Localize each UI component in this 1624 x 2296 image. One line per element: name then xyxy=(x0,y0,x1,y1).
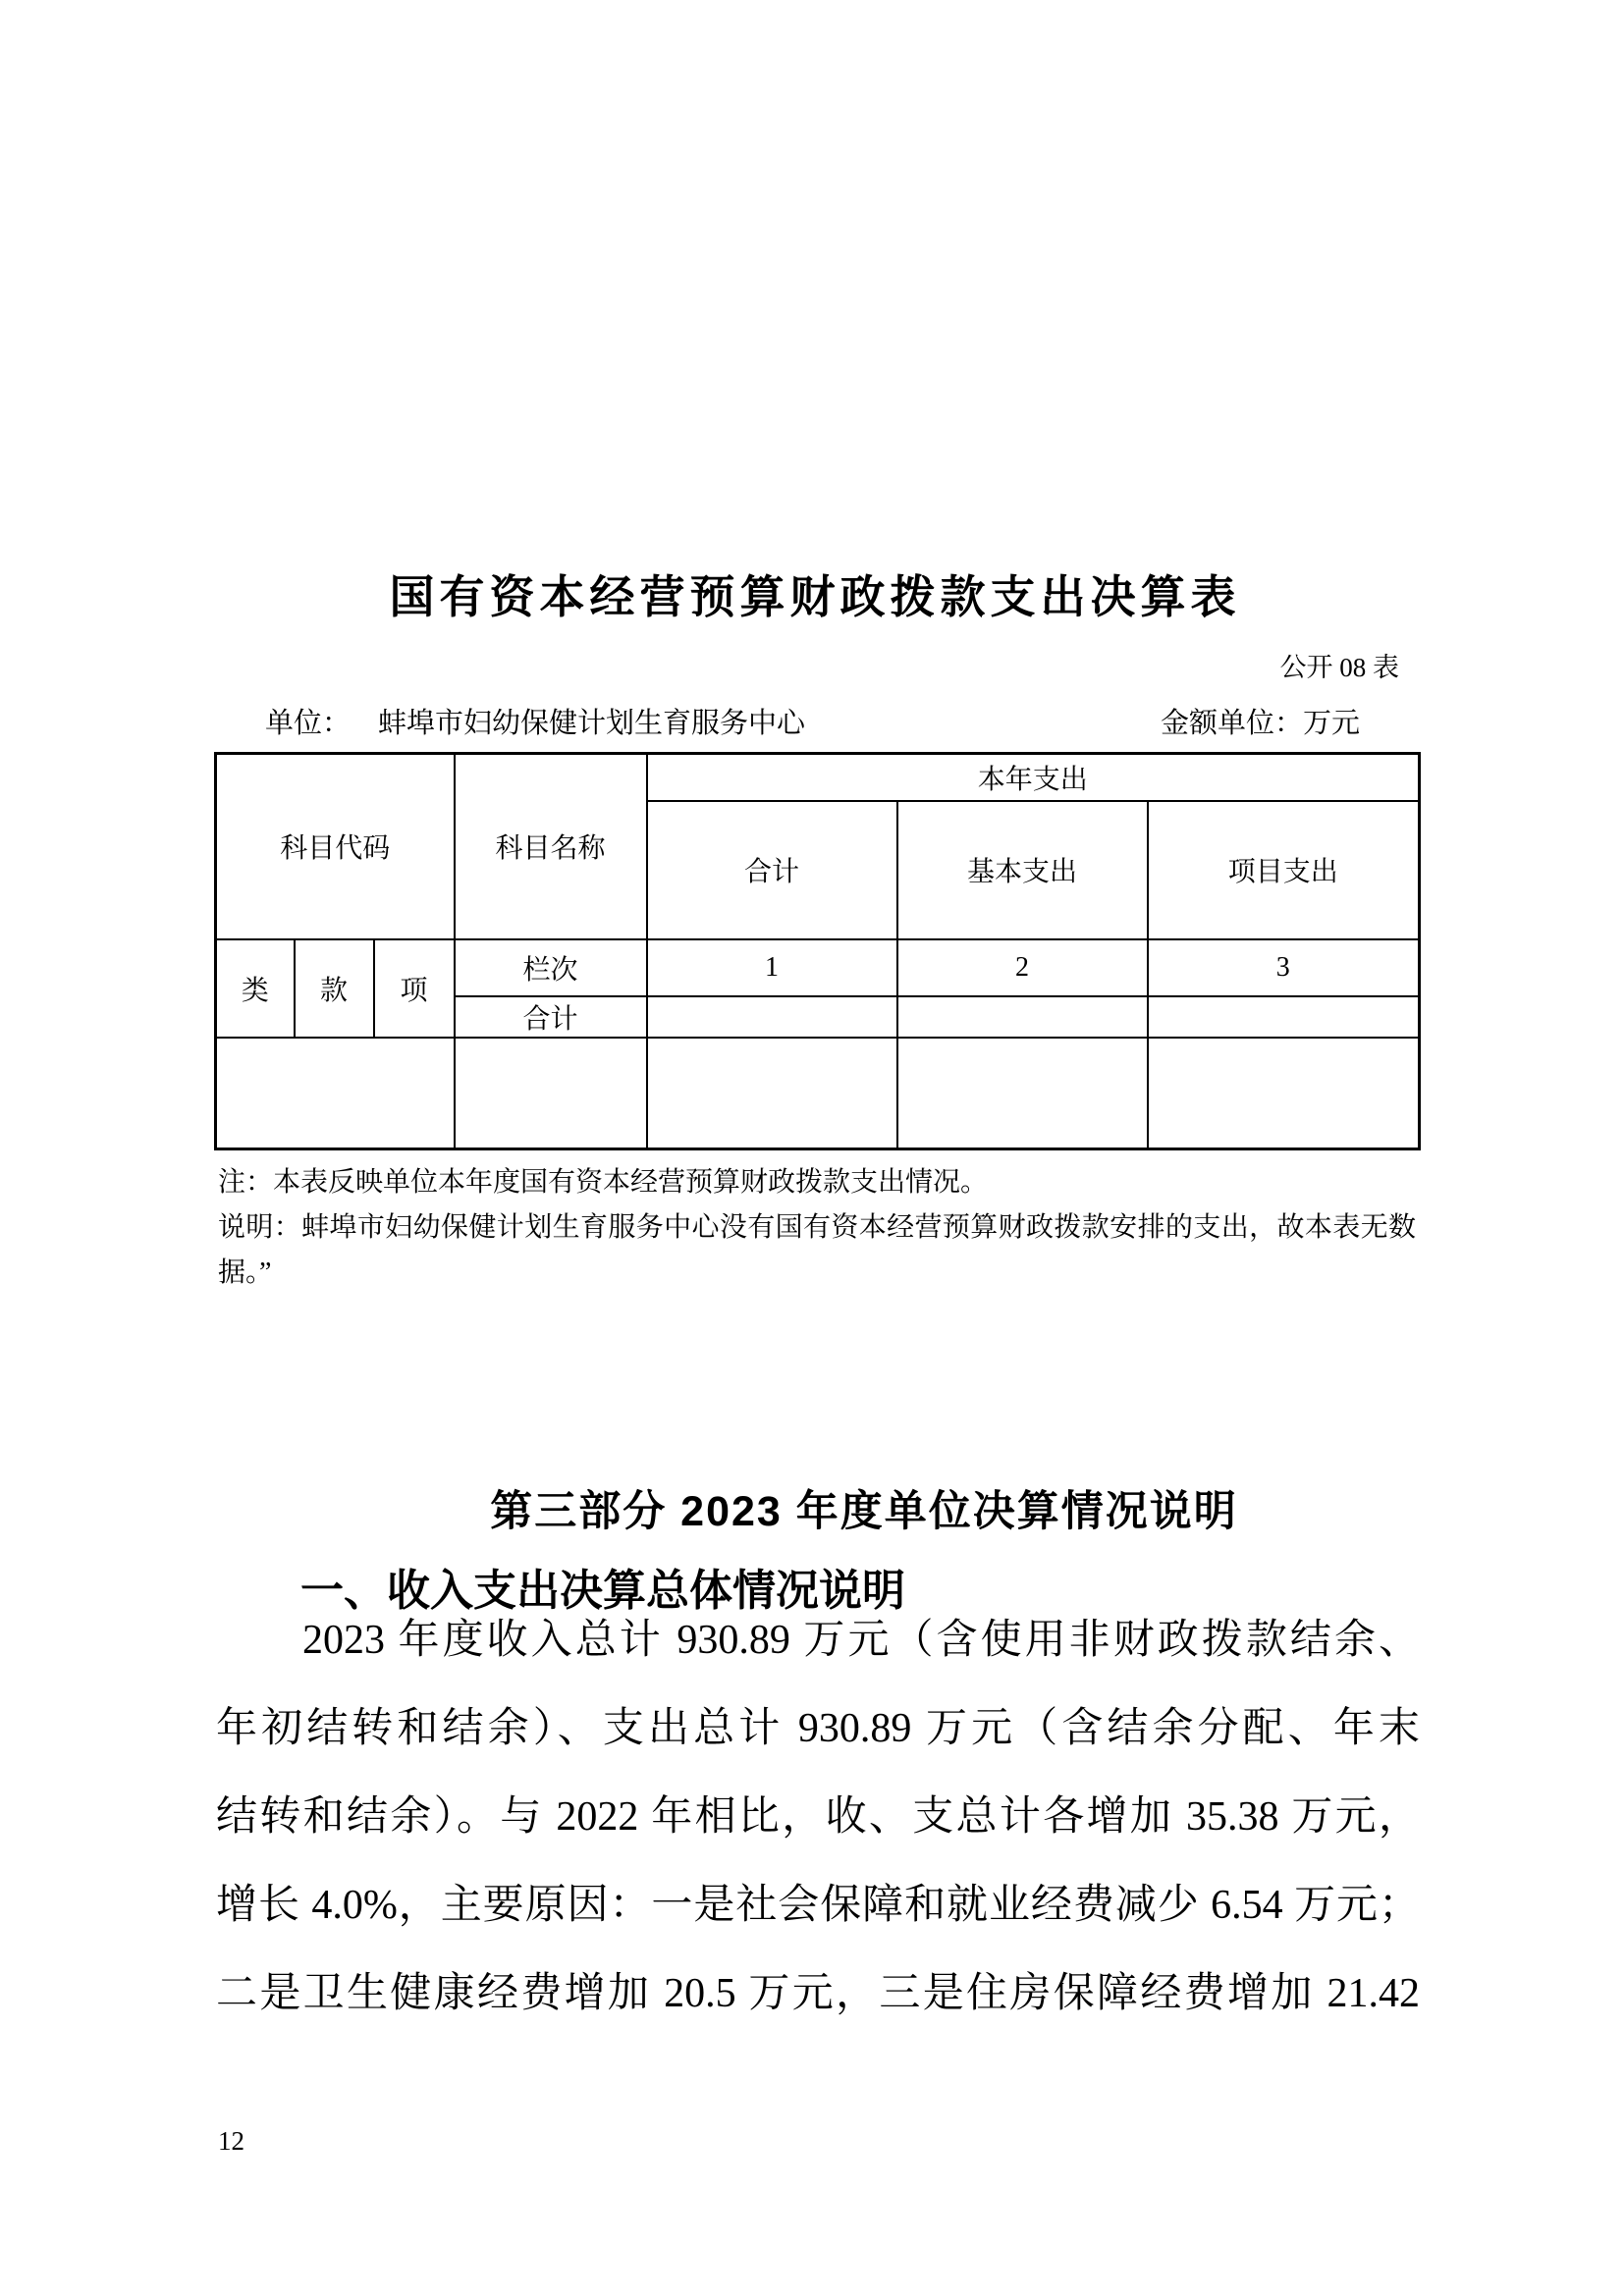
paragraph-line: 结转和结余）。与 2022 年相比，收、支总计各增加 35.38 万元， xyxy=(216,1794,1420,1840)
cell-total-label: 合计 xyxy=(455,996,647,1038)
table-explanation-line-2: 据。” xyxy=(218,1251,1416,1290)
section-heading: 第三部分 2023 年度单位决算情况说明 xyxy=(214,1478,1416,1538)
table-explanation-line-1: 说明：蚌埠市妇幼保健计划生育服务中心没有国有资本经营预算财政拨款安排的支出，故本… xyxy=(218,1205,1416,1245)
cell-col-1: 1 xyxy=(647,939,897,996)
subsection-heading: 一、收入支出决算总体情况说明 xyxy=(300,1555,905,1618)
unit-label: 单位： xyxy=(265,708,351,739)
cell-item: 款 xyxy=(295,939,374,1038)
header-basic-expenditure: 基本支出 xyxy=(897,801,1148,939)
data-cell-empty xyxy=(897,996,1148,1038)
unit-row: 单位：蚌埠市妇幼保健计划生育服务中心 金额单位：万元 xyxy=(265,701,1360,741)
amount-unit-label: 金额单位：万元 xyxy=(1161,701,1360,741)
page-number: 12 xyxy=(218,2126,244,2157)
data-cell-empty xyxy=(1148,1038,1420,1149)
data-cell-empty xyxy=(216,1038,455,1149)
data-cell-empty xyxy=(1148,996,1420,1038)
table-row: 类 款 项 栏次 1 2 3 xyxy=(216,939,1420,996)
unit-name: 蚌埠市妇幼保健计划生育服务中心 xyxy=(378,708,805,739)
paragraph-line: 二是卫生健康经费增加 20.5 万元，三是住房保障经费增加 21.42 xyxy=(216,1971,1420,2016)
table-row xyxy=(216,1038,1420,1149)
header-project-expenditure: 项目支出 xyxy=(1148,801,1420,939)
document-title: 国有资本经营预算财政拨款支出决算表 xyxy=(214,561,1416,626)
data-cell-empty xyxy=(897,1038,1148,1149)
data-cell-empty xyxy=(647,1038,897,1149)
data-cell-empty xyxy=(647,996,897,1038)
header-subject-name: 科目名称 xyxy=(455,754,647,939)
paragraph-line: 年初结转和结余）、支出总计 930.89 万元（含结余分配、年末 xyxy=(216,1706,1420,1751)
header-current-year-expenditure: 本年支出 xyxy=(647,754,1420,801)
form-number: 公开 08 表 xyxy=(214,646,1399,684)
header-subject-code: 科目代码 xyxy=(216,754,455,939)
document-page: 国有资本经营预算财政拨款支出决算表 公开 08 表 单位：蚌埠市妇幼保健计划生育… xyxy=(0,0,1624,2296)
cell-subitem: 项 xyxy=(374,939,455,1038)
cell-col-3: 3 xyxy=(1148,939,1420,996)
cell-column-label: 栏次 xyxy=(455,939,647,996)
paragraph-line: 2023 年度收入总计 930.89 万元（含使用非财政拨款结余、 xyxy=(216,1618,1420,1663)
cell-col-2: 2 xyxy=(897,939,1148,996)
budget-table: 科目代码 科目名称 本年支出 合计 基本支出 项目支出 类 款 项 栏次 1 2… xyxy=(214,752,1421,1150)
cell-category: 类 xyxy=(216,939,295,1038)
table-note: 注：本表反映单位本年度国有资本经营预算财政拨款支出情况。 xyxy=(218,1160,1418,1200)
data-cell-empty xyxy=(455,1038,647,1149)
paragraph-line: 增长 4.0%，主要原因：一是社会保障和就业经费减少 6.54 万元； xyxy=(216,1883,1420,1928)
header-total: 合计 xyxy=(647,801,897,939)
unit-field: 单位：蚌埠市妇幼保健计划生育服务中心 xyxy=(265,701,805,741)
table-row: 科目代码 科目名称 本年支出 xyxy=(216,754,1420,801)
